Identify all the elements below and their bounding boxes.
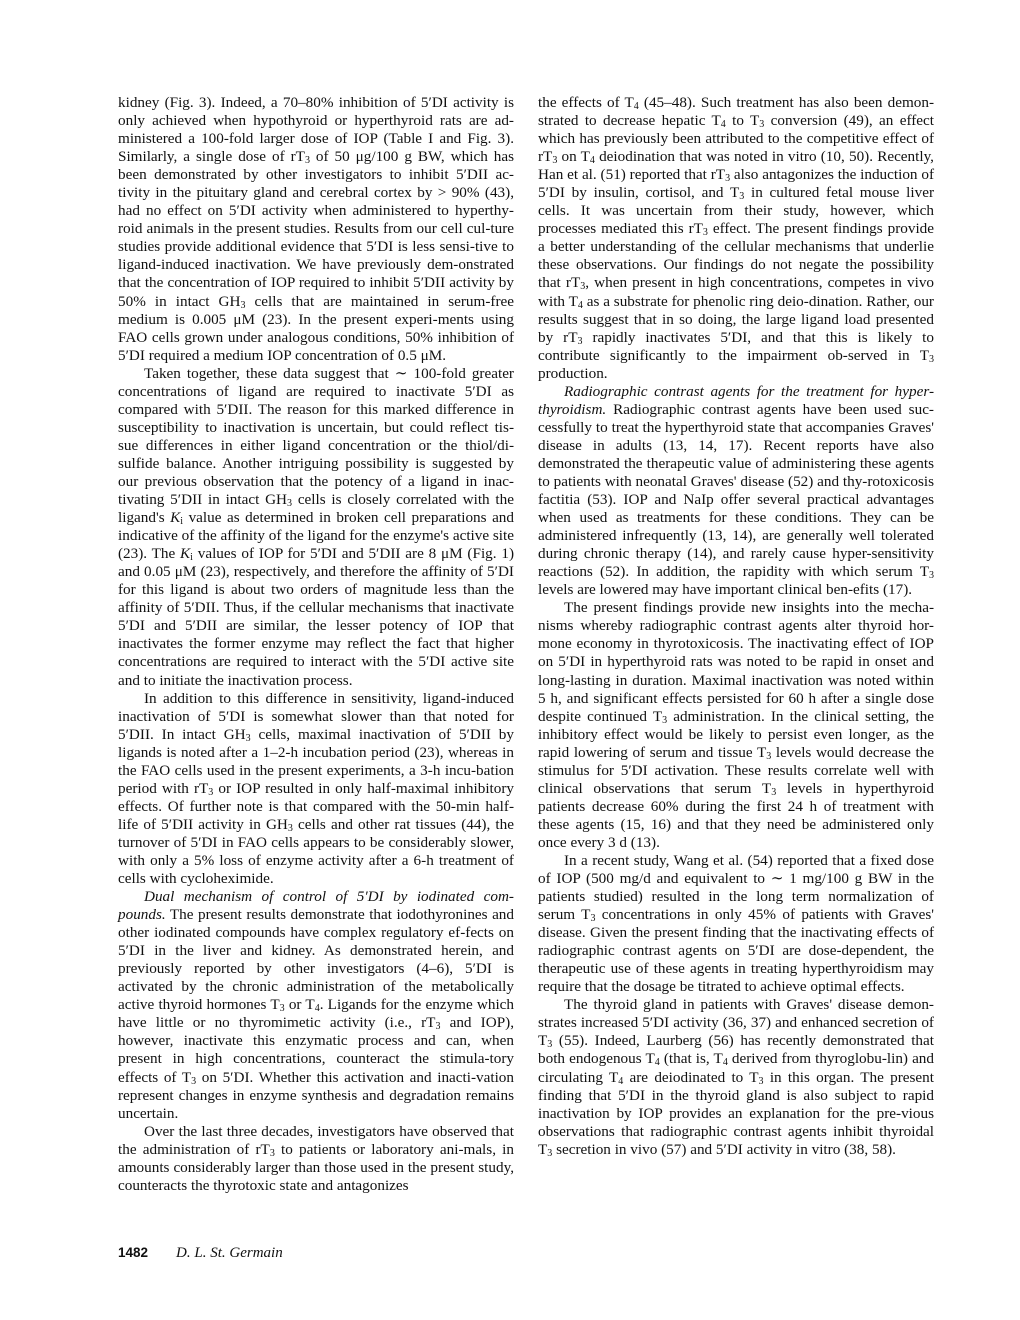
left-column: kidney (Fig. 3). Indeed, a 70–80% inhibi… bbox=[118, 94, 514, 1195]
paragraph: In addition to this difference in sensit… bbox=[118, 690, 514, 889]
paragraph: The thyroid gland in patients with Grave… bbox=[538, 996, 934, 1158]
paragraph-text: The present results demonstrate that iod… bbox=[118, 906, 514, 1122]
document-page: kidney (Fig. 3). Indeed, a 70–80% inhibi… bbox=[0, 0, 1020, 1320]
paragraph-text: Radiographic contrast agents have been u… bbox=[538, 401, 934, 598]
running-author: D. L. St. Germain bbox=[176, 1245, 283, 1262]
paragraph-text: kidney (Fig. 3). Indeed, a 70–80% inhibi… bbox=[118, 94, 514, 364]
paragraph-text: The thyroid gland in patients with Grave… bbox=[538, 996, 934, 1157]
paragraph-text: In addition to this difference in sensit… bbox=[118, 690, 514, 887]
paragraph: the effects of T4 (45–48). Such treatmen… bbox=[538, 94, 934, 383]
paragraph: Taken together, these data suggest that … bbox=[118, 365, 514, 690]
paragraph-text: the effects of T4 (45–48). Such treatmen… bbox=[538, 94, 934, 382]
page-footer: 1482 D. L. St. Germain bbox=[118, 1245, 283, 1262]
paragraph: kidney (Fig. 3). Indeed, a 70–80% inhibi… bbox=[118, 94, 514, 365]
paragraph-text: The present findings provide new insight… bbox=[538, 599, 934, 851]
paragraph-text: In a recent study, Wang et al. (54) repo… bbox=[538, 852, 934, 995]
paragraph: The present findings provide new insight… bbox=[538, 599, 934, 852]
paragraph-text: Taken together, these data suggest that … bbox=[118, 365, 514, 689]
right-column: the effects of T4 (45–48). Such treatmen… bbox=[538, 94, 934, 1159]
paragraph: In a recent study, Wang et al. (54) repo… bbox=[538, 852, 934, 996]
paragraph-text: Over the last three decades, investigato… bbox=[118, 1123, 514, 1194]
paragraph: Radiographic contrast agents for the tre… bbox=[538, 383, 934, 600]
paragraph: Over the last three decades, investigato… bbox=[118, 1123, 514, 1195]
paragraph: Dual mechanism of control of 5′DI by iod… bbox=[118, 888, 514, 1123]
page-number: 1482 bbox=[118, 1245, 148, 1260]
